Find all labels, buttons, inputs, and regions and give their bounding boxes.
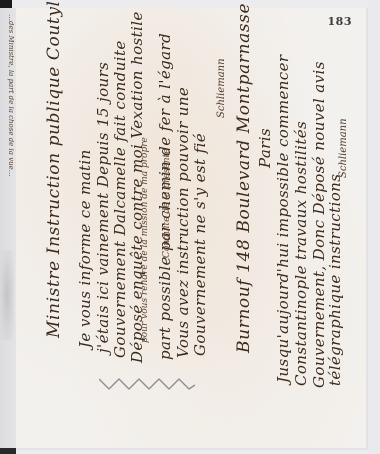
letter-2-signature: Schliemann [338,118,349,178]
letter-2-line: télégraphique instructions [326,174,344,386]
adjacent-page-bleed-text: …des Ministre, la part de la chose de la… [2,14,14,224]
manuscript-page: 183 Ministre Instruction publique Coutyl… [16,8,368,450]
pencil-wavy-line [99,375,195,399]
letter-2-line: Constantinople travaux hostilités [292,121,310,386]
scan-border-bottom [0,448,16,454]
letter-2-line: Jusqu'aujourd'hui impossible commencer [274,55,292,383]
letter-1-line: pour vous rendre de la mission de ma pro… [140,137,150,343]
scan-right-margin [368,0,380,454]
letter-1-line: Conduite de la présente [162,149,172,258]
letter-1-line: Je vous informe ce matin [76,149,94,348]
scan-border-top [0,0,12,8]
bleed-text: …des Ministre, la part de la chose de la… [8,14,14,177]
letter-2-city: Paris [256,128,274,168]
letter-1-line: Vous avez instruction pouvoir une [174,87,192,358]
letter-2-address: Burnouf 148 Boulevard Montparnasse [234,3,254,353]
document-scan: …des Ministre, la part de la chose de la… [0,0,380,454]
letter-1-line: Gouvernement ne s'y est fié [191,133,209,356]
letter-1-line: Gouvernement Dalcamelle fait conduite [111,40,129,358]
letter-1-signature: Schliemann [216,58,227,118]
page-number: 183 [328,15,352,28]
adjacent-page-smudge [0,250,14,340]
letter-1-line: j'étais ici vainement Depuis 15 jours [94,62,112,353]
letter-1-address: Ministre Instruction publique Coutyle [44,0,64,338]
